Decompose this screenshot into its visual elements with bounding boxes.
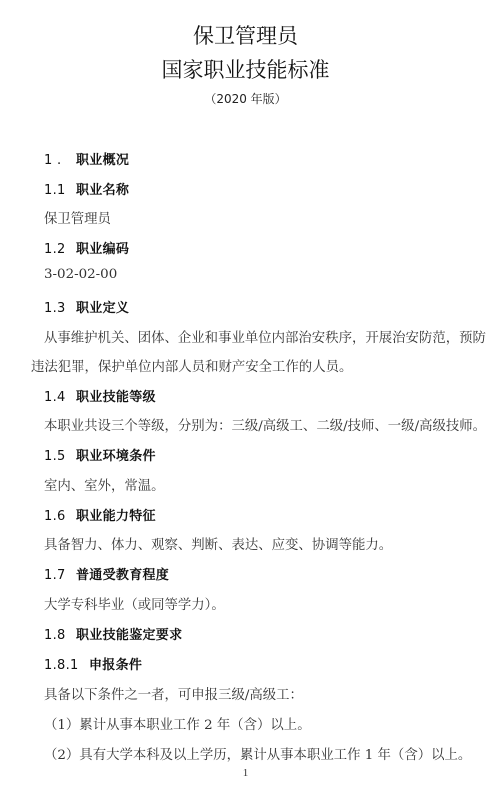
- document-subtitle: 国家职业技能标准: [0, 56, 491, 84]
- section-number: 1.4: [44, 390, 76, 405]
- section-title: 职业技能鉴定要求: [76, 628, 182, 643]
- section-number: 1.5: [44, 449, 76, 464]
- document-title: 保卫管理员: [0, 22, 491, 50]
- section-number: 1.2: [44, 242, 76, 257]
- definition-text-line2: 违法犯罪，保护单位内部人员和财产安全工作的人员。: [31, 356, 352, 375]
- section-heading-1-5: 1.5职业环境条件: [44, 445, 156, 464]
- section-number: 1.7: [44, 568, 76, 583]
- section-title: 职业名称: [76, 183, 129, 198]
- section-heading-1: 1 .职业概况: [44, 149, 129, 168]
- section-title: 职业定义: [76, 301, 129, 316]
- section-heading-1-3: 1.3职业定义: [44, 297, 129, 316]
- section-number: 1.6: [44, 509, 76, 524]
- section-heading-1-8-1: 1.8.1申报条件: [44, 654, 142, 673]
- occupation-code-text: 3-02-02-00: [44, 267, 117, 282]
- section-number: 1.8.1: [44, 658, 89, 673]
- section-title: 职业技能等级: [76, 390, 156, 405]
- section-title: 申报条件: [89, 658, 142, 673]
- section-heading-1-1: 1.1职业名称: [44, 179, 129, 198]
- section-title: 职业能力特征: [76, 509, 156, 524]
- section-title: 职业环境条件: [76, 449, 156, 464]
- section-number: 1.1: [44, 183, 76, 198]
- page-number: 1: [0, 767, 491, 779]
- section-heading-1-7: 1.7普通受教育程度: [44, 564, 169, 583]
- section-heading-1-4: 1.4职业技能等级: [44, 386, 156, 405]
- section-number: 1.8: [44, 628, 76, 643]
- abilities-text: 具备智力、体力、观察、判断、表达、应变、协调等能力。: [44, 534, 392, 553]
- section-heading-1-2: 1.2职业编码: [44, 238, 129, 257]
- education-text: 大学专科毕业（或同等学力）。: [44, 594, 225, 613]
- application-condition-2: （2）具有大学本科及以上学历，累计从事本职业工作 1 年（含）以上。: [44, 744, 471, 763]
- section-heading-1-6: 1.6职业能力特征: [44, 505, 156, 524]
- edition-label: （2020 年版）: [0, 91, 491, 107]
- definition-text-line1: 从事维护机关、团体、企业和事业单位内部治安秩序，开展治安防范，预防: [44, 327, 486, 346]
- application-condition-1: （1）累计从事本职业工作 2 年（含）以上。: [44, 714, 311, 733]
- occupation-name-text: 保卫管理员: [44, 208, 111, 227]
- section-title: 职业概况: [76, 153, 129, 168]
- section-number: 1.3: [44, 301, 76, 316]
- section-title: 职业编码: [76, 242, 129, 257]
- environment-text: 室内、室外，常温。: [44, 475, 165, 494]
- section-title: 普通受教育程度: [76, 568, 169, 583]
- skill-levels-text: 本职业共设三个等级，分别为：三级/高级工、二级/技师、一级/高级技师。: [44, 415, 486, 434]
- section-number: 1 .: [44, 153, 76, 168]
- application-intro-text: 具备以下条件之一者，可申报三级/高级工：: [44, 684, 303, 703]
- section-heading-1-8: 1.8职业技能鉴定要求: [44, 624, 182, 643]
